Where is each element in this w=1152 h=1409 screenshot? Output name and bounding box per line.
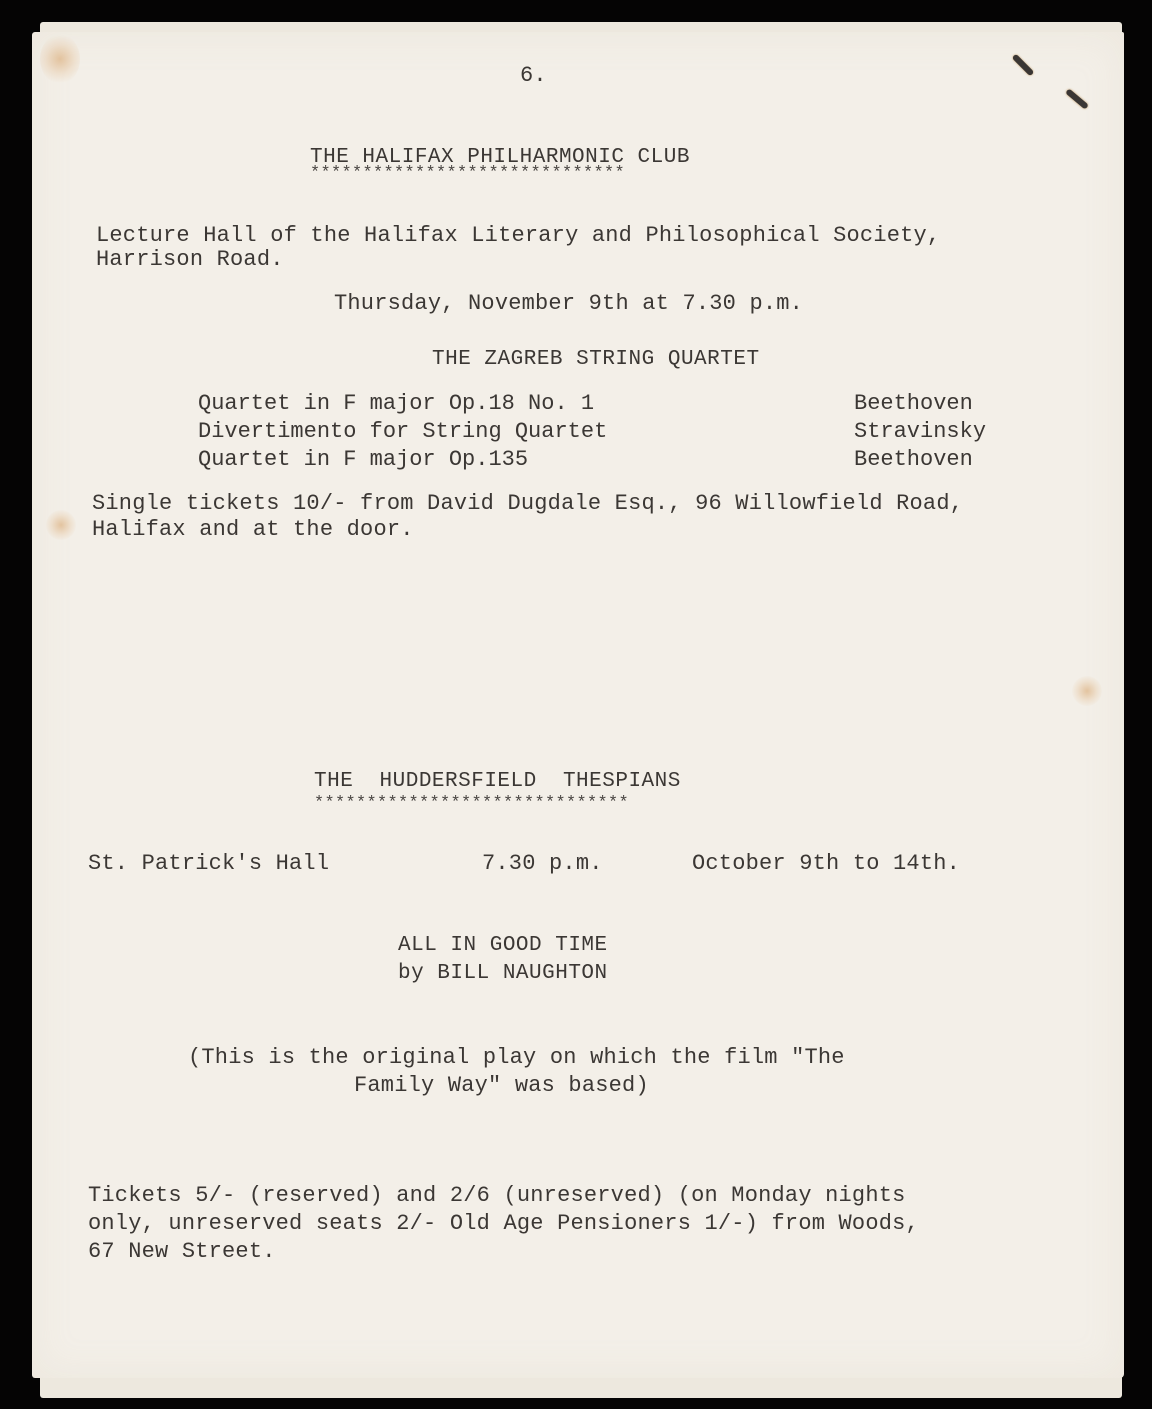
- programme-item: Quartet in F major Op.135 Beethoven: [198, 446, 998, 474]
- programme-work: Divertimento for String Quartet: [198, 418, 607, 446]
- stain-top-left: [40, 34, 80, 84]
- philharmonic-tickets-line-2: Halifax and at the door.: [92, 516, 414, 544]
- thespians-title: THE HUDDERSFIELD THESPIANS: [314, 768, 681, 796]
- philharmonic-date-time: Thursday, November 9th at 7.30 p.m.: [334, 290, 803, 318]
- philharmonic-venue-line-2: Harrison Road.: [96, 246, 284, 274]
- play-author: by BILL NAUGHTON: [398, 960, 608, 988]
- document-page: 6. THE HALIFAX PHILHARMONIC CLUB *******…: [32, 32, 1124, 1378]
- philharmonic-tickets-line-1: Single tickets 10/- from David Dugdale E…: [92, 490, 963, 518]
- play-title: ALL IN GOOD TIME: [398, 932, 608, 960]
- page-number: 6.: [520, 62, 547, 90]
- programme-work: Quartet in F major Op.18 No. 1: [198, 390, 594, 418]
- thespians-tickets-line-2: only, unreserved seats 2/- Old Age Pensi…: [88, 1210, 919, 1238]
- programme-item: Divertimento for String Quartet Stravins…: [198, 418, 998, 446]
- philharmonic-title-underline: ******************************: [310, 166, 625, 182]
- stain-left: [46, 510, 76, 540]
- thespians-tickets-line-1: Tickets 5/- (reserved) and 2/6 (unreserv…: [88, 1182, 906, 1210]
- thespians-title-underline: ******************************: [314, 796, 629, 812]
- play-note-line-2: Family Way" was based): [354, 1072, 649, 1100]
- stain-right: [1072, 676, 1102, 706]
- thespians-venue: St. Patrick's Hall: [88, 850, 329, 878]
- thespians-time: 7.30 p.m.: [482, 850, 603, 878]
- performer-name: THE ZAGREB STRING QUARTET: [432, 346, 760, 374]
- programme-item: Quartet in F major Op.18 No. 1 Beethoven: [198, 390, 998, 418]
- programme-composer: Beethoven: [854, 390, 973, 418]
- staple-icon: [1065, 88, 1089, 109]
- thespians-dates: October 9th to 14th.: [692, 850, 960, 878]
- play-note-line-1: (This is the original play on which the …: [188, 1044, 845, 1072]
- thespians-tickets-line-3: 67 New Street.: [88, 1238, 276, 1266]
- staple-icon: [1012, 54, 1035, 77]
- programme-composer: Beethoven: [854, 446, 973, 474]
- programme-work: Quartet in F major Op.135: [198, 446, 528, 474]
- programme-composer: Stravinsky: [854, 418, 986, 446]
